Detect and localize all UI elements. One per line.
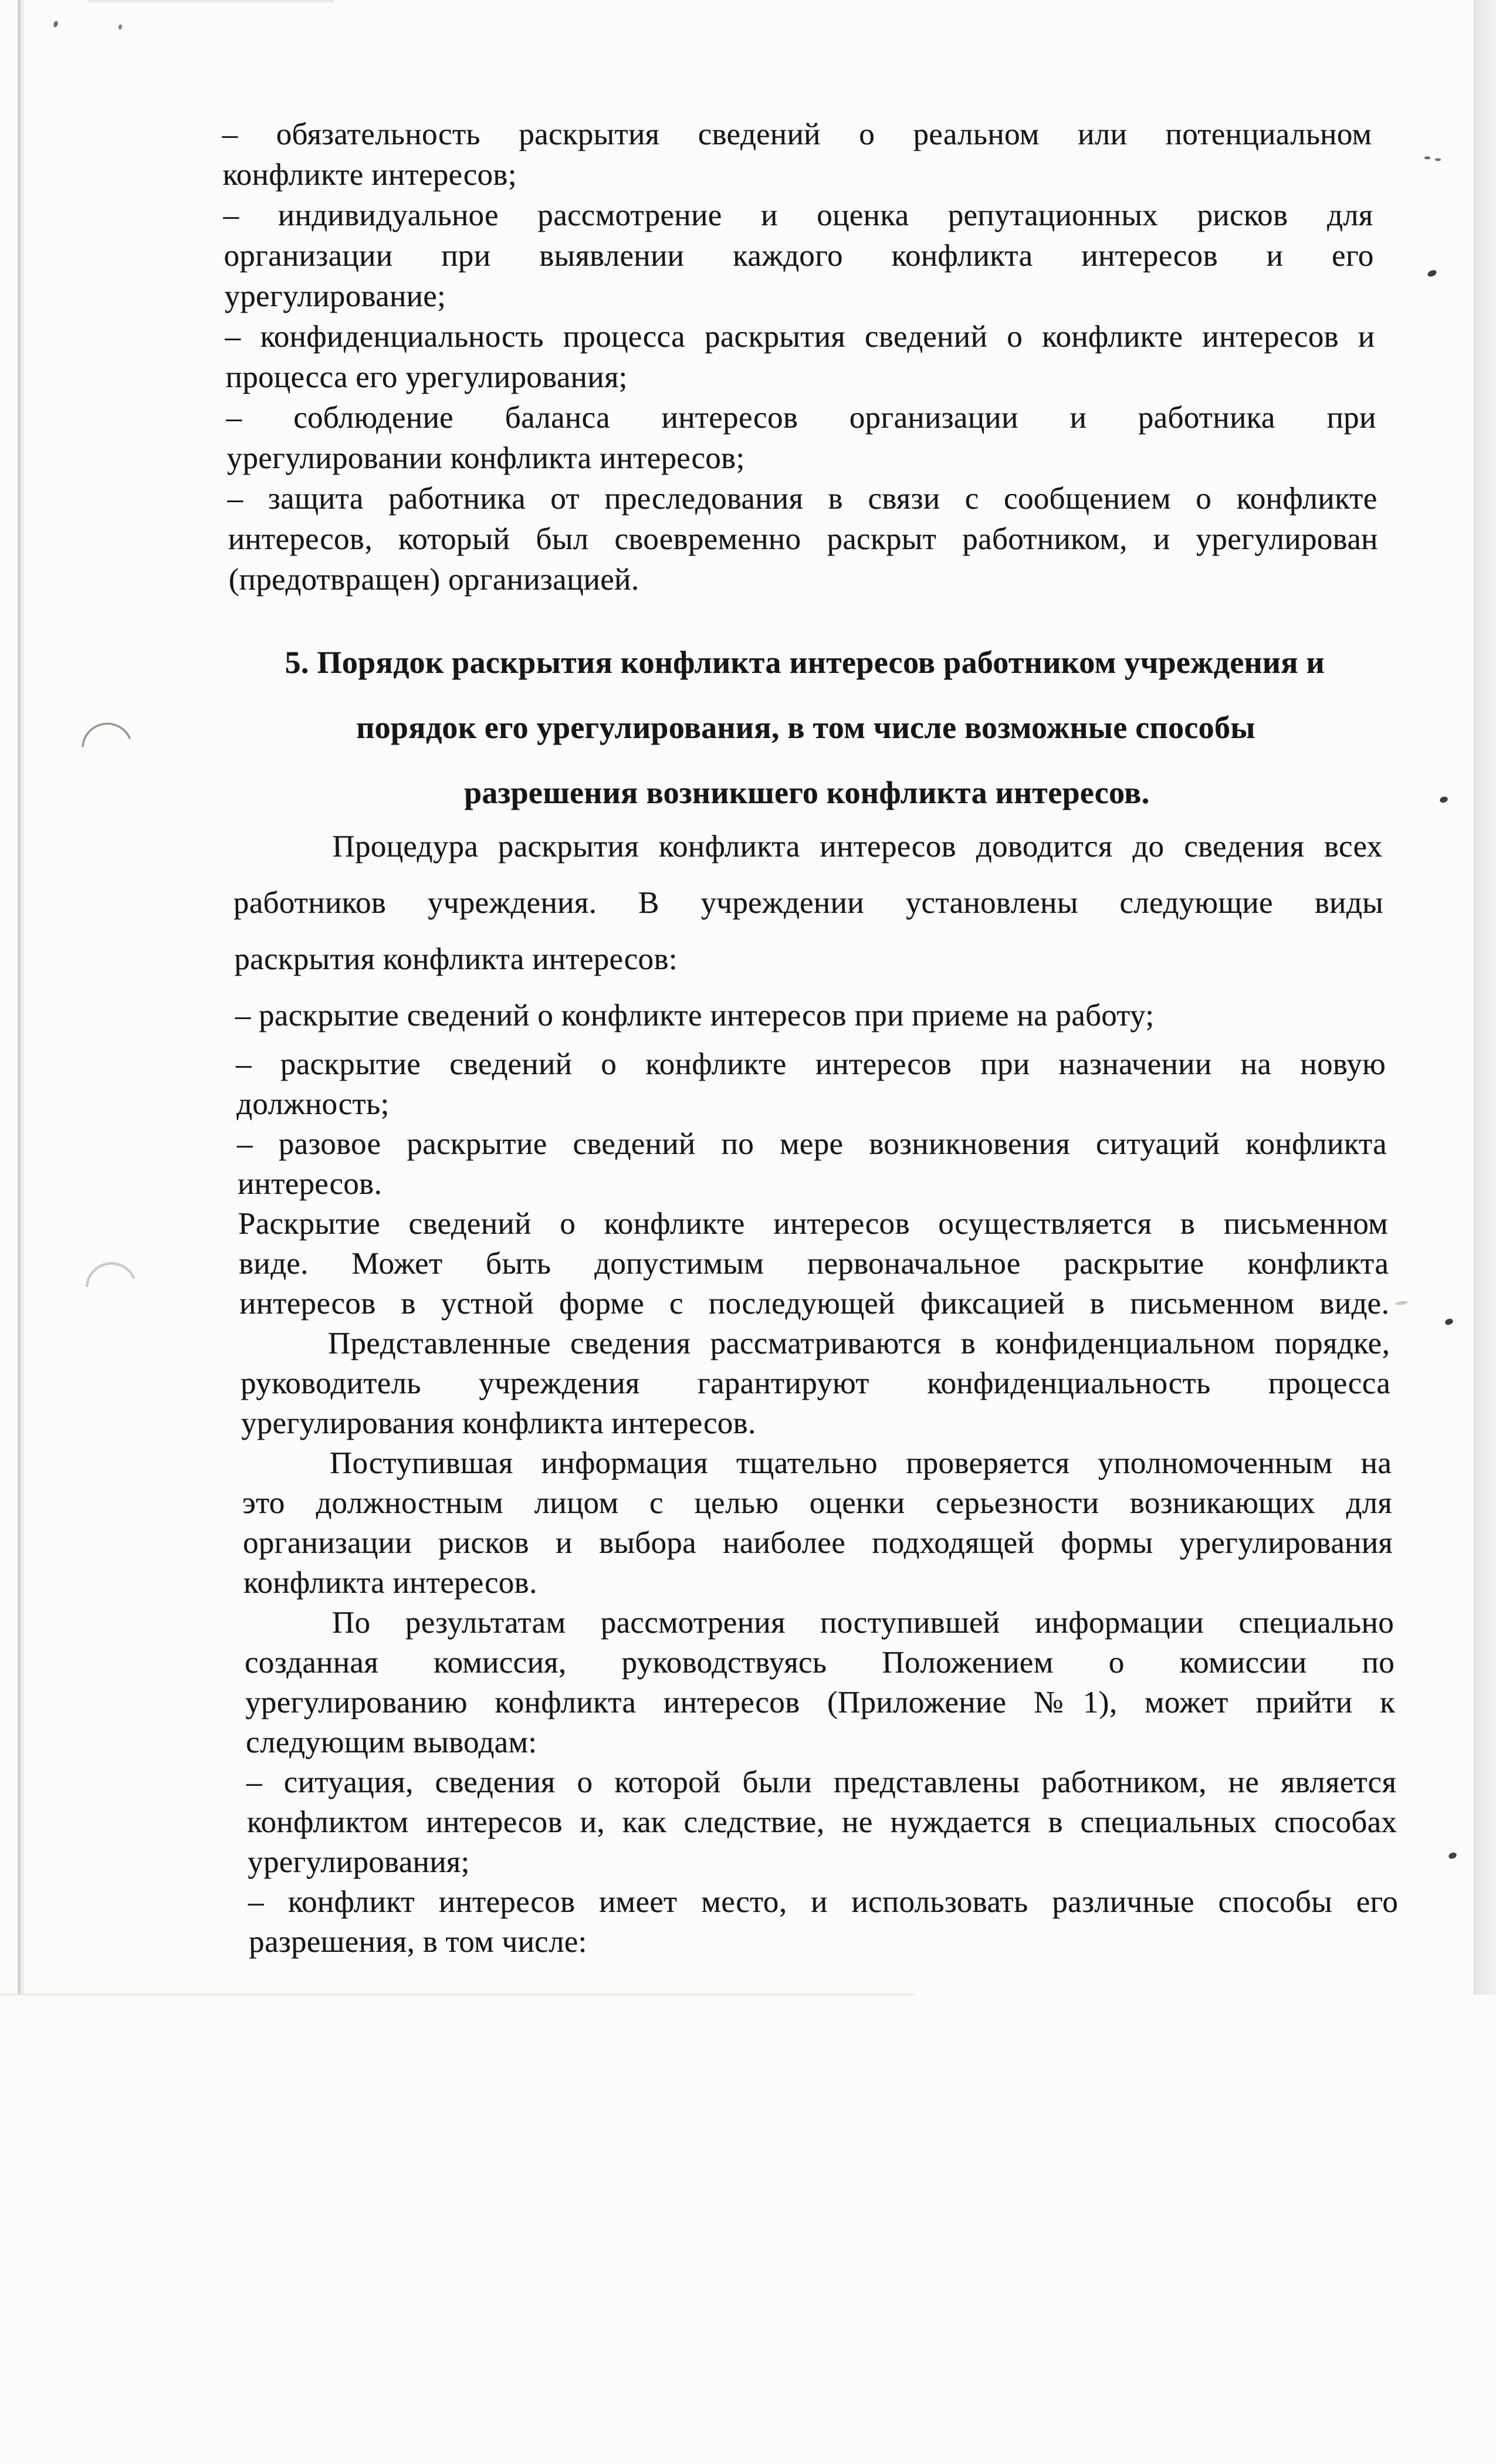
text-line: конфликтом интересов и, как следствие, н…	[247, 1802, 1397, 1842]
text-line: должность;	[236, 1084, 1386, 1124]
policy-principles-list: – обязательность раскрытия сведений о ре…	[222, 114, 1379, 600]
text-line: Процедура раскрытия конфликта интересов …	[232, 818, 1383, 875]
text-line: – обязательность раскрытия сведений о ре…	[222, 114, 1372, 155]
text-line: – защита работника от преследования в св…	[227, 479, 1377, 519]
text-line: организации рисков и выбора наиболее под…	[243, 1523, 1393, 1563]
text-line: созданная комиссия, руководствуясь Полож…	[245, 1643, 1395, 1683]
text-line: работников учреждения. В учреждении уста…	[233, 875, 1383, 931]
scan-left-edge-soft	[22, 0, 24, 1995]
text-line: урегулирования конфликта интересов.	[241, 1403, 1391, 1443]
section-heading: 5. Порядок раскрытия конфликта интересов…	[229, 630, 1382, 825]
scan-right-edge	[1474, 0, 1496, 1995]
text-line: разрешения, в том числе:	[249, 1922, 1399, 1962]
text-line: организации при выявлении каждого конфли…	[224, 236, 1374, 276]
document-text: – обязательность раскрытия сведений о ре…	[220, 0, 1399, 1996]
text-line: Представленные сведения рассматриваются …	[239, 1324, 1390, 1363]
text-line: По результатам рассмотрения поступившей …	[244, 1603, 1395, 1643]
right-margin-speck-icon	[1395, 156, 1458, 1860]
scanner-background	[0, 1996, 1496, 2464]
text-line: виде. Может быть допустимым первоначальн…	[238, 1244, 1389, 1284]
text-line: урегулировании конфликта интересов;	[226, 438, 1377, 479]
text-line: это должностным лицом с целью оценки сер…	[242, 1483, 1393, 1523]
text-line: – ситуация, сведения о которой были пред…	[246, 1762, 1397, 1802]
text-line: интересов в устной форме с последующей ф…	[239, 1284, 1389, 1324]
text-line: руководитель учреждения гарантируют конф…	[240, 1363, 1390, 1403]
section-heading-line: 5. Порядок раскрытия конфликта интересов…	[229, 630, 1380, 695]
disclosure-body-text: – раскрытие сведений о конфликте интерес…	[235, 1044, 1399, 1962]
text-line: конфликте интересов;	[222, 155, 1373, 195]
text-line: – конфиденциальность процесса раскрытия …	[225, 317, 1375, 357]
text-line: – конфликт интересов имеет место, и испо…	[248, 1882, 1399, 1922]
text-line: Раскрытие сведений о конфликте интересов…	[238, 1204, 1388, 1244]
scan-area: – обязательность раскрытия сведений о ре…	[0, 0, 1496, 1996]
text-line: – раскрытие сведений о конфликте интерес…	[235, 987, 1385, 1044]
text-line: процесса его урегулирования;	[225, 357, 1376, 398]
text-line: – разовое раскрытие сведений по мере воз…	[236, 1124, 1387, 1164]
text-line: урегулирование;	[224, 276, 1375, 317]
top-left-speck-icon	[53, 21, 123, 30]
hole-punch-arc-icon	[83, 724, 134, 1286]
scanned-document-page: – обязательность раскрытия сведений о ре…	[0, 0, 1496, 2464]
text-line: раскрытия конфликта интересов:	[234, 931, 1385, 987]
text-line: интересов.	[237, 1164, 1387, 1204]
text-line: – соблюдение баланса интересов организац…	[226, 398, 1376, 438]
text-line: конфликта интересов.	[243, 1563, 1394, 1603]
text-line: интересов, который был своевременно раск…	[228, 519, 1378, 560]
section-heading-line: разрешения возникшего конфликта интересо…	[231, 760, 1382, 825]
text-line: урегулированию конфликта интересов (Прил…	[245, 1683, 1396, 1722]
text-line: (предотвращен) организацией.	[228, 560, 1379, 600]
disclosure-intro-paragraph: Процедура раскрытия конфликта интересов …	[232, 818, 1386, 1044]
text-line: следующим выводам:	[246, 1722, 1396, 1762]
text-line: – индивидуальное рассмотрение и оценка р…	[223, 195, 1373, 236]
scan-left-edge	[18, 0, 22, 1995]
section-heading-line: порядок его урегулирования, в том числе …	[231, 695, 1382, 760]
text-line: Поступившая информация тщательно проверя…	[241, 1443, 1392, 1483]
text-line: урегулирования;	[248, 1842, 1398, 1882]
text-line: – раскрытие сведений о конфликте интерес…	[235, 1044, 1386, 1084]
